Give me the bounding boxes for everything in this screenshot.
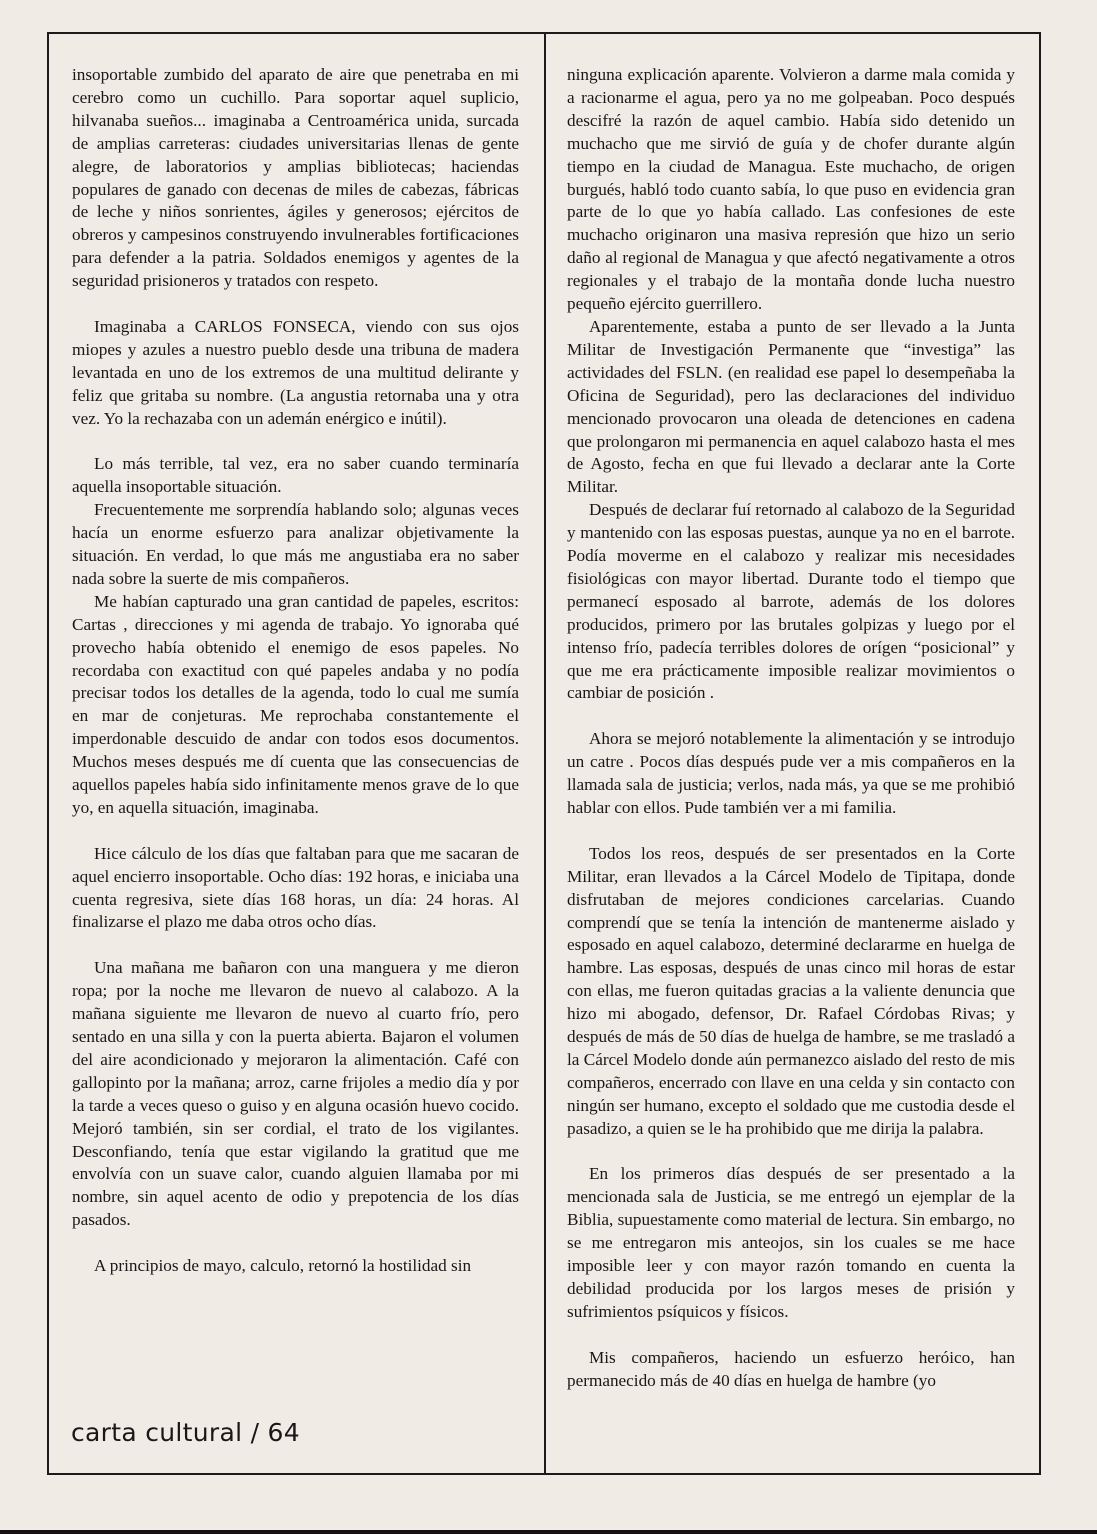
paragraph: Me habían capturado una gran cantidad de…	[72, 591, 519, 820]
paragraph: Después de declarar fuí retornado al cal…	[567, 499, 1015, 705]
paragraph: Todos los reos, después de ser presentad…	[567, 843, 1015, 1141]
paragraph: ninguna explicación aparente. Volvieron …	[567, 64, 1015, 316]
paragraph: Ahora se mejoró notablemente la alimenta…	[567, 728, 1015, 820]
scan-edge	[0, 1530, 1097, 1534]
column-divider	[544, 34, 546, 1473]
paragraph: En los primeros días después de ser pres…	[567, 1163, 1015, 1323]
paragraph: Frecuentemente me sorprendía hablando so…	[72, 499, 519, 591]
right-column: ninguna explicación aparente. Volvieron …	[567, 64, 1015, 1393]
paragraph: Mis compañeros, haciendo un esfuerzo her…	[567, 1347, 1015, 1393]
paragraph: A principios de mayo, calculo, retornó l…	[72, 1255, 519, 1278]
paragraph: Lo más terrible, tal vez, era no saber c…	[72, 453, 519, 499]
paragraph: insoportable zumbido del aparato de aire…	[72, 64, 519, 293]
paragraph: Hice cálculo de los días que faltaban pa…	[72, 843, 519, 935]
paragraph: Aparentemente, estaba a punto de ser lle…	[567, 316, 1015, 499]
paragraph: Una mañana me bañaron con una manguera y…	[72, 957, 519, 1232]
page-frame: insoportable zumbido del aparato de aire…	[47, 32, 1041, 1475]
page-footer: carta cultural / 64	[71, 1418, 300, 1447]
left-column: insoportable zumbido del aparato de aire…	[72, 64, 519, 1278]
paragraph: Imaginaba a CARLOS FONSECA, viendo con s…	[72, 316, 519, 431]
